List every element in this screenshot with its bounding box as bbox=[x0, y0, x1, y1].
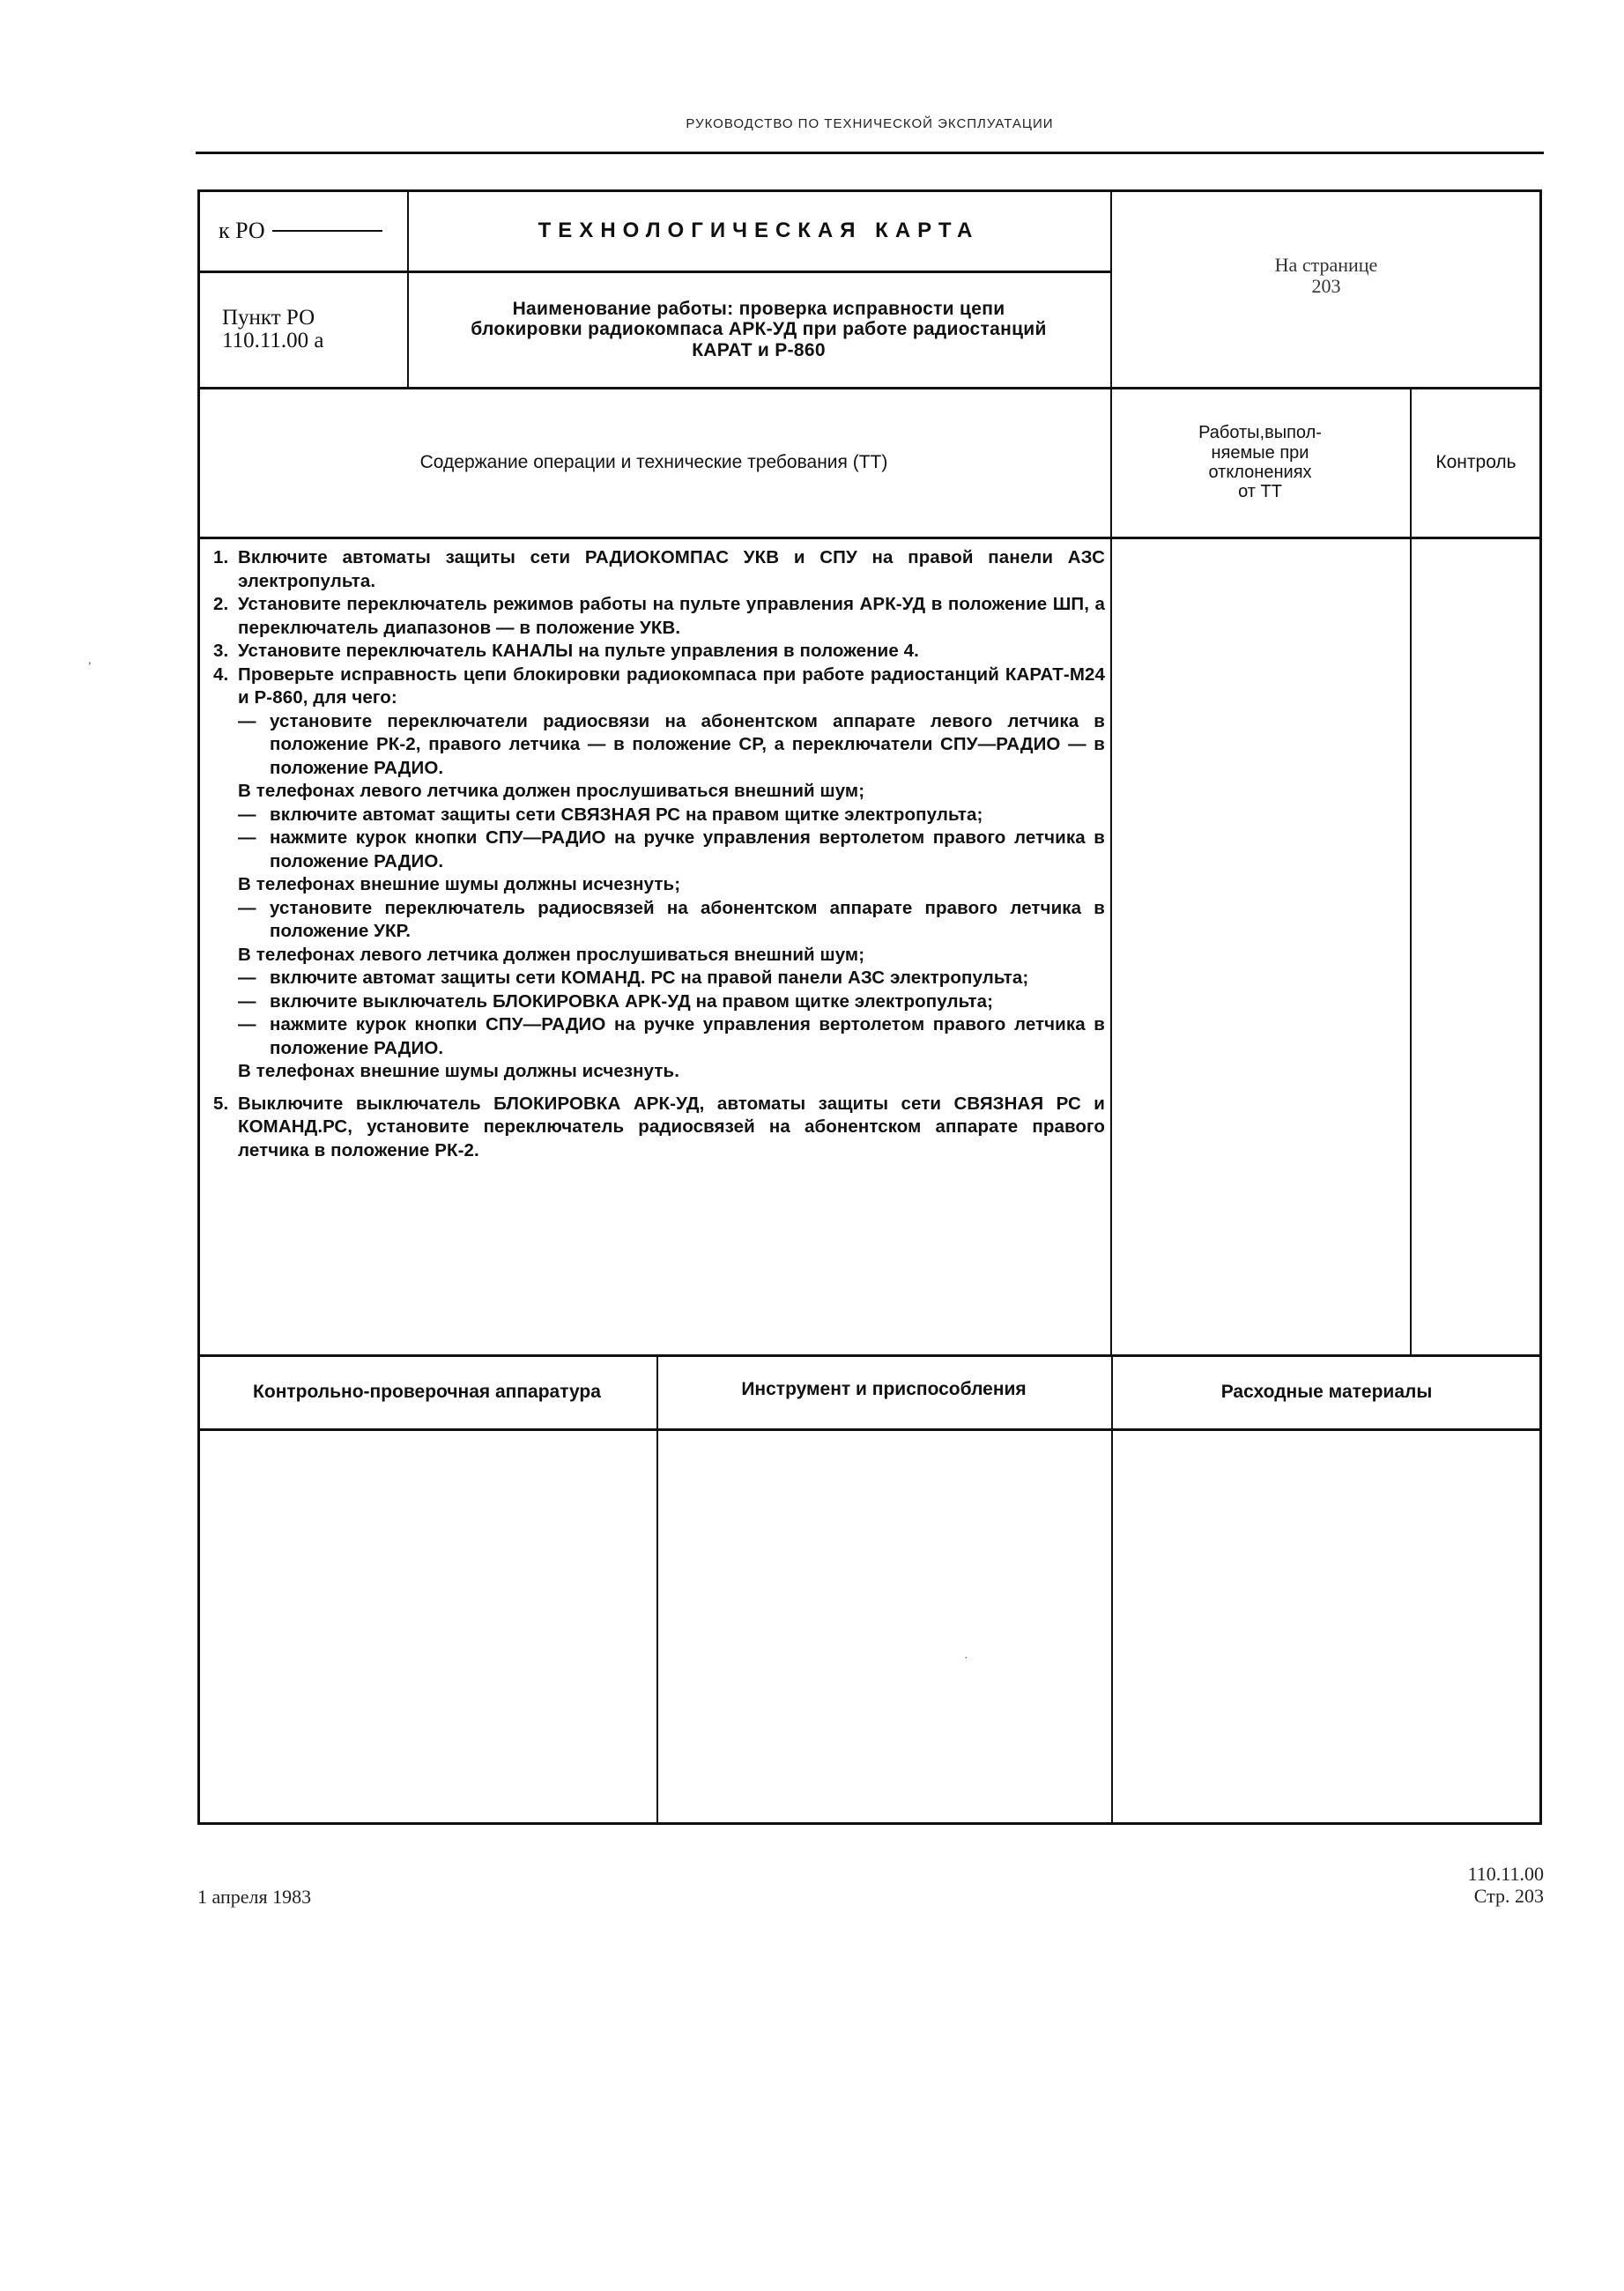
sub-text: установите переключатель радиосвязей на … bbox=[270, 898, 1105, 942]
sub-step: —включите выключатель БЛОКИРОВКА АРК-УД … bbox=[238, 990, 1105, 1014]
sub-text: включите автомат защиты сети СВЯЗНАЯ РС … bbox=[270, 804, 983, 825]
footer-page-ref: 110.11.00 Стр. 203 bbox=[1454, 1863, 1544, 1907]
step-item: 3.Установите переключатель КАНАЛЫ на пул… bbox=[213, 640, 1105, 664]
sub-step: —нажмите курок кнопки СПУ—РАДИО на ручке… bbox=[238, 1013, 1105, 1060]
work-name-line: блокировки радиокомпаса АРК-УД при работ… bbox=[471, 319, 1046, 340]
punkt-label: Пункт РО bbox=[222, 307, 315, 330]
sub-step: —установите переключатели радиосвязи на … bbox=[238, 710, 1105, 781]
footer-date: 1 апреля 1983 bbox=[197, 1886, 311, 1909]
column-header-control: Контроль bbox=[1410, 388, 1542, 538]
step-item: 5.Выключите выключатель БЛОКИРОВКА АРК-У… bbox=[213, 1093, 1105, 1163]
on-page-value: 203 bbox=[1312, 276, 1341, 296]
card-title: ТЕХНОЛОГИЧЕСКАЯ КАРТА bbox=[407, 189, 1110, 271]
punkt-value: 110.11.00 а bbox=[222, 330, 324, 352]
sub-text: В телефонах левого летчика должен прослу… bbox=[238, 781, 864, 801]
scan-speck: , bbox=[88, 654, 92, 668]
step-number: 1. bbox=[213, 546, 228, 570]
sub-text: В телефонах внешние шумы должны исчезнут… bbox=[238, 1061, 679, 1081]
step-text: Установите переключатель КАНАЛЫ на пульт… bbox=[238, 641, 919, 661]
operation-steps: 1.Включите автоматы защиты сети РАДИОКОМ… bbox=[213, 546, 1105, 1162]
work-name: Наименование работы: проверка исправност… bbox=[407, 271, 1110, 388]
technological-card: к РО ТЕХНОЛОГИЧЕСКАЯ КАРТА Пункт РО 110.… bbox=[197, 189, 1542, 1825]
spacer bbox=[213, 1084, 1105, 1093]
scan-speck: · bbox=[964, 1652, 968, 1666]
step-text: Выключите выключатель БЛОКИРОВКА АРК-УД,… bbox=[238, 1094, 1105, 1160]
sub-text: установите переключатели радиосвязи на а… bbox=[270, 711, 1105, 778]
header-line: от ТТ bbox=[1238, 482, 1282, 501]
running-head: РУКОВОДСТВО ПО ТЕХНИЧЕСКОЙ ЭКСПЛУАТАЦИИ bbox=[196, 116, 1544, 131]
ko-ro-label: к РО bbox=[219, 218, 265, 244]
expected-result: В телефонах внешние шумы должны исчезнут… bbox=[238, 873, 1105, 897]
sub-text: В телефонах внешние шумы должны исчезнут… bbox=[238, 874, 680, 894]
header-test-equipment: Контрольно-проверочная аппаратура bbox=[197, 1355, 656, 1429]
dash-marker: — bbox=[238, 897, 256, 921]
step-item: 4.Проверьте исправность цепи блокировки … bbox=[213, 664, 1105, 1084]
expected-result: В телефонах левого летчика должен прослу… bbox=[238, 780, 1105, 804]
sub-step: —включите автомат защиты сети КОМАНД. РС… bbox=[238, 967, 1105, 990]
sub-text: включите автомат защиты сети КОМАНД. РС … bbox=[270, 968, 1028, 988]
step-text: Установите переключатель режимов работы … bbox=[238, 594, 1105, 638]
on-page-label: На странице bbox=[1275, 255, 1378, 275]
dash-marker: — bbox=[238, 1013, 256, 1037]
expected-result: В телефонах внешние шумы должны исчезнут… bbox=[238, 1060, 1105, 1084]
step-text: Включите автоматы защиты сети РАДИОКОМПА… bbox=[238, 547, 1105, 591]
header-line: няемые при bbox=[1212, 443, 1309, 463]
expected-result: В телефонах левого летчика должен прослу… bbox=[238, 944, 1105, 968]
sub-step: —нажмите курок кнопки СПУ—РАДИО на ручке… bbox=[238, 827, 1105, 873]
step-number: 2. bbox=[213, 593, 228, 617]
header-line: отклонениях bbox=[1208, 463, 1311, 482]
sub-step: —установите переключатель радиосвязей на… bbox=[238, 897, 1105, 944]
footer-doc-code: 110.11.00 bbox=[1454, 1863, 1544, 1885]
header-rule bbox=[196, 152, 1544, 154]
work-name-line: КАРАТ и Р-860 bbox=[692, 340, 826, 361]
ko-ro-blank bbox=[272, 229, 382, 232]
dash-marker: — bbox=[238, 804, 256, 827]
dash-marker: — bbox=[238, 827, 256, 850]
column-header-content: Содержание операции и технические требов… bbox=[197, 388, 1110, 538]
header-tools: Инструмент и приспособления bbox=[656, 1355, 1111, 1424]
step-item: 2.Установите переключатель режимов работ… bbox=[213, 593, 1105, 640]
step-number: 3. bbox=[213, 640, 228, 664]
sub-text: включите выключатель БЛОКИРОВКА АРК-УД н… bbox=[270, 991, 993, 1012]
step-text: Проверьте исправность цепи блокировки ра… bbox=[238, 664, 1105, 708]
sub-text: нажмите курок кнопки СПУ—РАДИО на ручке … bbox=[270, 827, 1105, 871]
divider bbox=[656, 1355, 658, 1825]
header-consumables: Расходные материалы bbox=[1111, 1355, 1542, 1429]
ko-ro-field: к РО bbox=[197, 189, 407, 271]
step-number: 4. bbox=[213, 664, 228, 687]
work-name-line: Наименование работы: проверка исправност… bbox=[513, 299, 1005, 320]
punkt-ro-field: Пункт РО 110.11.00 а bbox=[197, 271, 407, 388]
dash-marker: — bbox=[238, 990, 256, 1014]
step-number: 5. bbox=[213, 1093, 228, 1116]
sub-step: —включите автомат защиты сети СВЯЗНАЯ РС… bbox=[238, 804, 1105, 827]
sub-text: В телефонах левого летчика должен прослу… bbox=[238, 945, 864, 965]
step-item: 1.Включите автоматы защиты сети РАДИОКОМ… bbox=[213, 546, 1105, 593]
on-page-field: На странице 203 bbox=[1110, 189, 1542, 388]
dash-marker: — bbox=[238, 967, 256, 990]
header-line: Работы,выпол- bbox=[1198, 423, 1322, 442]
sub-text: нажмите курок кнопки СПУ—РАДИО на ручке … bbox=[270, 1014, 1105, 1058]
footer-page: Стр. 203 bbox=[1454, 1885, 1544, 1907]
dash-marker: — bbox=[238, 710, 256, 734]
column-header-deviations: Работы,выпол- няемые при отклонениях от … bbox=[1110, 388, 1410, 538]
